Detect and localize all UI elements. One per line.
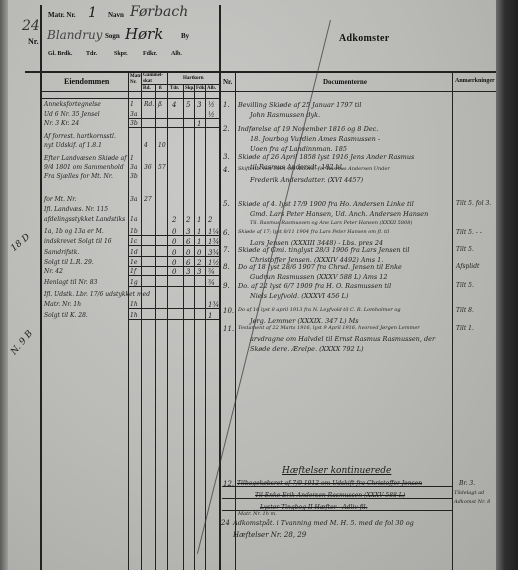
property-hartkorn: 2 — [172, 216, 176, 224]
property-matr: 1f — [130, 268, 136, 275]
col-h-tdr: Tdr. — [170, 86, 179, 91]
col-documenterne: Documenterne — [323, 78, 367, 86]
entry-note: Tilt 5. — [456, 282, 474, 289]
property-text: Ifl. Udstk. Lbr. 17/6 udstykket med — [44, 291, 150, 298]
entry-line: Gudrun Rasmussen (XXXV 588 L) Ams 12 — [250, 273, 388, 281]
page-number: 24 — [22, 18, 40, 34]
entry-line: Skiøde af 4. lyst 17/9 1900 fra Ho. Ande… — [238, 200, 414, 208]
property-text: Af forrest. hartkornsstl. — [44, 133, 116, 140]
property-matr: 3a — [130, 111, 137, 118]
property-gs-rd: 27 — [144, 196, 152, 203]
property-hartkorn: 4 — [172, 101, 176, 109]
property-gs-rd: 36 — [144, 164, 152, 171]
entry-line: Skiøde af 17; lyst 8/11 1904 fra Lars Pe… — [238, 229, 389, 235]
property-text: Nr. 3 Kr. 24 — [44, 120, 79, 127]
entry-note: Tilt 5. - - — [456, 229, 482, 236]
sogn-prefix: Blandruy — [47, 28, 102, 42]
entry-line: Skiøde af 26 April 1858 lyst 1916 Jens A… — [238, 153, 414, 161]
entry-number: 7. — [223, 246, 230, 254]
entry-line: Do. af 22 lyst 6/7 1909 fra H. O. Rasmus… — [238, 282, 391, 290]
property-text: 1a, 1b og 13a er M. — [44, 228, 104, 235]
entry-note: Afsplidt — [456, 263, 479, 270]
entry-number: 2. — [223, 125, 230, 133]
entry-number: 8. — [223, 263, 230, 271]
col-matr-nr: Matr. Nr. — [130, 74, 140, 86]
matr-value: 1 — [88, 5, 97, 21]
property-matr: 3b — [130, 120, 138, 127]
property-text: 9/4 1801 om Sammenhold — [44, 164, 124, 171]
entry-line: Niels Leyfvold. (XXXVI 456 L) — [250, 292, 348, 300]
sogn-value: Hørk — [125, 25, 163, 43]
navn-label: Navn — [108, 11, 124, 19]
entry-number: 9. — [223, 282, 230, 290]
property-matr: 1b — [130, 228, 138, 235]
property-text: Efter Landvæsen Skiøde af — [44, 155, 126, 162]
page-edge — [0, 0, 8, 570]
property-text: Ifl. Landvæs. Nr. 115 — [44, 206, 108, 213]
unit-label: Tdr. — [86, 51, 97, 57]
property-text: afdelingsstykket Landstiks — [44, 216, 125, 223]
entry-line: Til. Rasmus Rasmussen og Ane Lars Peter … — [250, 220, 412, 226]
property-matr: 1h — [130, 312, 138, 319]
entry-line: Hæftelser Nr. 28, 29 — [233, 531, 306, 539]
property-gs-rd: 4 — [144, 142, 148, 149]
unit-label: Gl. Brdk. — [48, 51, 72, 57]
entry-line: Testament af 22 Marts 1916, lyst 9 April… — [238, 325, 420, 331]
property-matr: 1 — [130, 155, 134, 162]
property-text: Henlagt til Nr. 83 — [44, 279, 97, 286]
property-gs-ss: ß — [158, 101, 162, 108]
entry-line: John Rasmussen dyk. — [250, 111, 320, 119]
entry-line: Skiøde af Gmi. tinglyst 28/3 1906 fra La… — [238, 246, 409, 254]
property-matr: 3a — [130, 164, 137, 171]
property-matr: 1 — [130, 101, 134, 108]
margin-note: 18 D — [9, 232, 32, 254]
property-hartkorn: 5 — [186, 101, 190, 109]
entry-note: Tilt 8. — [456, 307, 474, 314]
property-text: Matr. Nr. 1h — [44, 301, 81, 308]
entry-line: Indførelse af 19 November 1816 og 8 Dec. — [238, 125, 378, 133]
entry-note: Adkomst Nr. 8 — [454, 499, 490, 505]
property-text: Anneksfortegnelse — [44, 101, 101, 108]
property-hartkorn: 2 — [186, 216, 190, 224]
property-gs-ss: 10 — [158, 142, 166, 149]
ledger-page: 24 Nr. Matr. Nr. 1 Navn Førbach Blandruy… — [0, 0, 500, 570]
entry-line: Skøde dere. Ærelpe. (XXXX 792 L) — [250, 345, 364, 353]
entry-number: 3. — [223, 153, 230, 161]
entry-line: Jørg. Lemmer (XXXIX. 347 L) Ms — [250, 317, 359, 325]
property-text: for Mt. Nr. — [44, 196, 76, 203]
unit-label: Alb. — [171, 51, 182, 57]
unit-label: Fdkr. — [143, 51, 157, 57]
entry-number: 6. — [223, 229, 230, 237]
property-text: Samdrifstk. — [44, 249, 79, 256]
property-matr: 1c — [130, 238, 137, 245]
property-matr: 3b — [130, 173, 138, 180]
entry-note: Tildelagt ad — [454, 490, 484, 496]
col-hartkorn: Hartkorn — [183, 76, 204, 81]
unit-label: Skpr. — [114, 51, 128, 57]
col-anmaerkninger: Anmærkninger — [455, 78, 495, 84]
entry-line: Bevilling Skiøde af 25 Januar 1797 til — [238, 101, 361, 109]
entry-line: Do af 18 lyst 28/6 1907 fra Chrsd. Jense… — [238, 263, 402, 271]
entry-number: 5. — [223, 200, 230, 208]
entry-line: Adkomstpåt. i Tvanning med M. H. 5. med … — [233, 519, 414, 527]
entry-note: Tilt 5. fol 3. — [456, 200, 491, 207]
property-matr: 1h — [130, 301, 138, 308]
property-hartkorn: ½ — [208, 101, 215, 109]
entry-number: 1. — [223, 101, 230, 109]
col-nr: Nr. — [223, 78, 232, 86]
property-gs-ss: 57 — [158, 164, 166, 171]
col-h-fdk: Fdk. — [196, 86, 206, 91]
property-hartkorn: 2 — [208, 216, 212, 224]
navn-value: Førbach — [130, 4, 188, 20]
property-text: indskrevet Solgt til 16 — [44, 238, 112, 245]
entry-pre: Matr. Nr. 1h m. — [238, 511, 277, 517]
entry-number: 10. — [223, 307, 234, 315]
col-gs-ss: ß — [159, 86, 162, 91]
col-gammel-skat: Gammel-skat — [143, 73, 167, 85]
matr-label: Matr. Nr. — [48, 11, 76, 19]
entry-line: arvdragne om Halvdel til Ernst Rasmus Ra… — [250, 335, 435, 343]
col-h-alb: Alb. — [207, 86, 216, 91]
by-label: By — [181, 32, 189, 40]
entry-number: 4. — [223, 166, 230, 174]
property-matr: 1e — [130, 259, 137, 266]
property-text: Nr. 42 — [44, 268, 63, 275]
entry-line: Gmd. Lars Peter Hansen, Ud. Anch. Anders… — [250, 210, 428, 218]
property-text: Fra Sjælles for Mt. Nr. — [44, 173, 113, 180]
entry-note: Br. 3. — [459, 480, 475, 487]
entry-line: Frederik Andersdatter. (XVI 4457) — [250, 176, 363, 184]
col-h-skp: Skp. — [185, 86, 195, 91]
property-text: Solgt til L.R. 29. — [44, 259, 94, 266]
property-hartkorn: 3 — [197, 101, 201, 109]
col-gs-rd: Rd. — [143, 86, 151, 91]
property-text: nyt Udskif. af 1.8.1 — [44, 142, 102, 149]
entry-line: Skifteltb. lvst 1891 om Ætknsl. for Rasm… — [238, 166, 390, 172]
property-hartkorn: 1 — [197, 216, 201, 224]
entry-number: 11. — [223, 325, 234, 333]
entry-note: Tilt 1. — [456, 325, 474, 332]
col-eiendommen: Eiendommen — [64, 77, 109, 86]
entry-note: Tilt 5. — [456, 246, 474, 253]
property-matr: 3a — [130, 196, 137, 203]
property-gs-rd: Rd. — [144, 101, 154, 108]
property-matr: 1a — [130, 216, 137, 223]
sogn-label: Sogn — [105, 32, 120, 40]
book-spine — [496, 0, 518, 570]
entry-number: 24 — [221, 519, 230, 527]
property-matr: 1g — [130, 279, 138, 286]
property-matr: 1d — [130, 249, 138, 256]
entry-line: 18. Jourbog Vurdien Ames Rasmussen - — [250, 135, 380, 143]
page-title: Adkomster — [339, 33, 389, 44]
entry-line: Do af 16 lyst 8 april 1913 fra N. Leyfvo… — [238, 307, 401, 313]
property-text: Solgt til K. 28. — [44, 312, 88, 319]
nr-label: Nr. — [28, 37, 39, 46]
property-text: Ud 6 Nr. 35 Jensel — [44, 111, 100, 118]
margin-note: N. 9 B — [9, 329, 35, 357]
section-heading: Hæftelser kontinuerede — [282, 466, 391, 476]
